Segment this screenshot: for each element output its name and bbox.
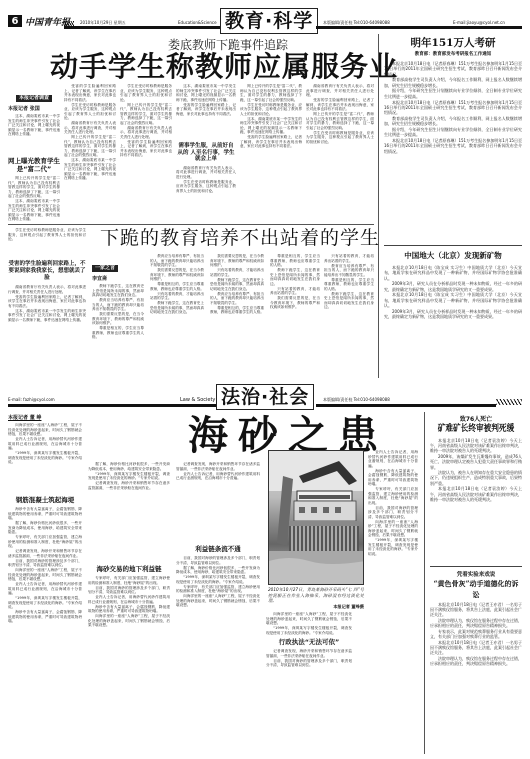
editor-contact: 本版编辑/责任校 Tel:010-64098088 — [323, 397, 390, 403]
issue-date: 2010年10月29日 星期五 — [80, 20, 126, 26]
section-title-education: 教育·科学 — [220, 8, 318, 34]
sidebar-divider — [430, 566, 522, 567]
page-number: 6 — [8, 15, 22, 27]
editorial-col-4: 尊重是相互的，学生应当尊重教师，教师也应尊重学生的人格。教师下跪学生，这在教育史… — [270, 254, 320, 376]
sidebar-kaoyan: 明年151万人考研 教育部：教育部发布考研报名工作通知 本报北京10月18日电（… — [384, 36, 522, 236]
main-story-col-2: 受害的学生脸遍利回家路上，记者了解到，该学生在事后并未表现出悔意，家长对此事也持… — [64, 84, 116, 224]
bottom-masthead: E-mail: fazhi@cyol.com Law & Society 法治·… — [8, 384, 522, 410]
dredger-ship-image — [269, 451, 364, 585]
main-story-col-5: 网上已传开的学生是“富二代”，教师认为自己没有权利去管教这样的学生，面对学生的暴… — [240, 84, 302, 224]
feature-col-4-bottom: 向海洋里的一座座“人海砂”工程，屋子不经淡化处理的海砂盖起来，时间久了钢筋就会锈… — [266, 612, 352, 752]
masthead-rule-right — [316, 404, 496, 407]
photo-credit: 本报记者 董峥摄 — [268, 604, 364, 610]
section-title-law: 法治·社会 — [216, 384, 314, 410]
main-story-col-4: 这本，湖南娄底市某一中学发生的师生冲突事件引发了社会广泛关注和讨论，网上曝光的视… — [176, 84, 236, 224]
editorial-col-2: 教育应当培养有尊严、有担当的人，而下跪的教育却只能培养出不知敬畏的学生。我们需要… — [150, 254, 204, 376]
subhead: 受害的学生脸遍利回家路上，不要说到家我我家长，想想就丢了脸 — [8, 261, 86, 282]
feature-col-2: 据了解，海砂价格比河砂低很多，一些开发商为降低成本，使用海砂，给建筑安全带来隐患… — [88, 462, 170, 752]
subhead: 海砂交易的地下利益链 — [88, 565, 170, 573]
main-story-headline: 动手学生称教师应属服务业 — [50, 50, 398, 84]
sidebar-headline: 矿难矿长终审被判死缓 — [437, 423, 515, 436]
masthead-rule-right — [316, 26, 522, 29]
subhead: 行政执法“无法可依” — [266, 638, 352, 646]
sidebar-headline: “黄色骨灰”动手道德化的诉讼 — [430, 578, 522, 600]
feature-col-3: 记者调查发现，海砂开采和销售环节存在诸多监管漏洞，一些非法采砂船在夜间作业。业内… — [176, 462, 260, 752]
subhead: 利益链条流不通 — [176, 545, 260, 553]
paragraph: 这本，湖南娄底市某一中学发生的师生冲突事件引发了社会广泛关注和讨论，网上曝光的视… — [8, 114, 60, 137]
sidebar-ashes-lawsuit: 凭着实验来戏说 “黄色骨灰”动手道德化的诉讼 本报北京10月18日电（记者王亦君… — [430, 570, 522, 754]
subhead: 需事学生服，从前好自从的 人至名行事，学生就会上单 — [176, 143, 236, 163]
sidebar-new-mineral: 中国地大（北京）发现新矿物 本报北京10月18日电（陈宝成 实习生）中国地质大学… — [384, 250, 522, 378]
subhead: 网上曝光教育学生是“富二代” — [8, 157, 60, 173]
sidebar-subhead: 教育部：教育部发布考研报名工作通知 — [384, 51, 522, 57]
dredger-photo — [268, 450, 364, 585]
feature-col-1: 本报记者 董 峥 向海洋里的一座座“人海砂”工程，屋子不经淡化处理的海砂盖起来，… — [8, 412, 82, 752]
editorial-col-3: 我们需要反思的是，在当今教育环境下，教师的尊严和权威该如何维护。只有站着的教育，… — [210, 254, 264, 376]
story-tag: 本报记者调查 — [16, 95, 52, 102]
masthead-rule — [64, 26, 220, 29]
main-story-col-1: 本报记者调查 本报记者 张国 这本，湖南娄底市某一中学发生的师生冲突事件引发了社… — [8, 84, 60, 224]
hatch-decoration — [496, 399, 522, 405]
photo-caption: 2010年10月27日，青岛某海砂开采码头“七 四”号挖泥船正在作业入海抽采，海… — [268, 587, 364, 604]
sidebar-headline: 中国地大（北京）发现新矿物 — [384, 250, 522, 262]
editorial-tag: 一家之言 — [92, 265, 118, 272]
editorial-col-5: 只有站着的教育，才能培养出站着的学生。教育应当培养有尊严、有担当的人，而下跪的教… — [324, 254, 374, 376]
column-rule — [378, 34, 379, 378]
editorial-col-1: 一家之言 李宜斋 教师下跪学生，这在教育史上恐怕是闻所未闻的事，然而却真真切切地… — [92, 254, 144, 376]
section-divider — [8, 224, 374, 225]
paragraph: 网上已传开的学生是“富二代”，教师认为自己没有权利去管教这样的学生，面对学生的暴… — [8, 176, 60, 199]
sidebar-kicker: 致76人死亡 — [430, 414, 522, 423]
sidebar-headline: 明年151万人考研 — [384, 36, 522, 50]
masthead-rule — [8, 404, 216, 407]
feature-byline: 本报记者 董 峥 — [8, 414, 82, 421]
editorial-byline: 李宜斋 — [92, 275, 144, 282]
main-story-continuation: 学生在受访时称教师是服务业，应该为学生服务，这种观点引起了教育界人士的担忧和讨论… — [8, 228, 86, 376]
column-rule — [424, 412, 425, 754]
email[interactable]: E-mail: fazhi@cyol.com — [8, 397, 55, 402]
subhead: 钢筋混凝土筑起海堤 — [8, 496, 82, 504]
top-masthead: 6 中国青年报 2010年10月29日 星期五 Education&Scienc… — [8, 8, 522, 34]
photo-caption-block: 2010年10月27日，青岛某海砂开采码头“七 四”号挖泥船正在作业入海抽采，海… — [268, 587, 364, 609]
feature-col-5: 业内人士告诉记者，用海砂替代河砂作建筑用料已成行业潜规则，在沿海城市十分普遍。海… — [368, 450, 418, 752]
email[interactable]: E-mail:jiaoyu@cyol.net.cn — [453, 20, 505, 25]
editorial-headline: 下跪的教育培养不出站着的学生 — [100, 226, 380, 250]
section-english: Education&Science — [178, 20, 217, 25]
main-story-col-6: 湖南省教育厅有关负责人表示，将对此事进行调查，并对相关责任人进行处理。受害的学生… — [306, 84, 374, 224]
byline: 本报记者 张国 — [8, 105, 60, 112]
sidebar-mine-disaster: 致76人死亡 矿难矿长终审被判死缓 本报北京10月18日电（记者袁汝婷）今天上午… — [430, 414, 522, 564]
main-story-col-3: 学生在受访时称教师是服务业，应该为学生服务，这种观点引起了教育界人士的担忧和讨论… — [120, 84, 172, 224]
section-english: Law & Society — [180, 397, 215, 403]
sidebar-kicker: 凭着实验来戏说 — [430, 570, 522, 578]
sidebar-divider — [384, 245, 522, 246]
editor-contact: 本版编辑/责任校 Tel:010-64098088 — [323, 20, 390, 26]
